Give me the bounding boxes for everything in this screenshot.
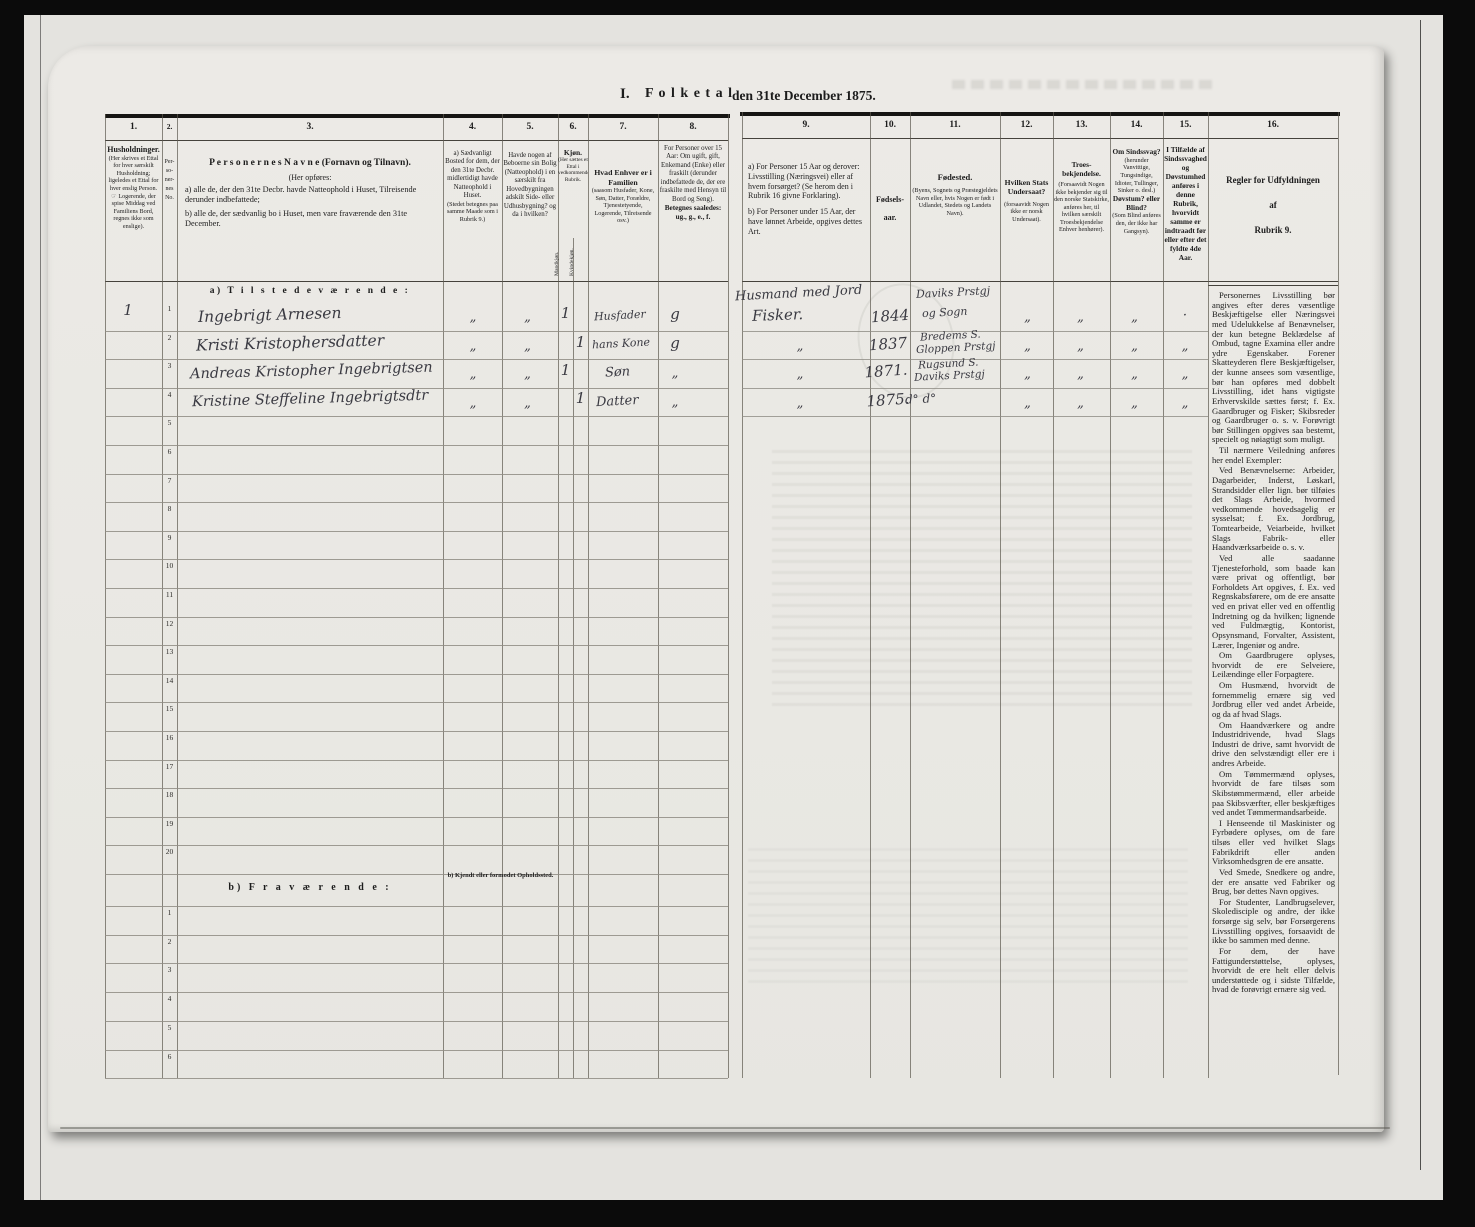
column-number-9: 9. (742, 117, 870, 138)
row-line (105, 1021, 728, 1022)
record-usual-residence: „ (453, 310, 493, 325)
bleed-smudge (952, 80, 1212, 89)
col4-header-text: a) Sædvanligt Bosted for dem, der den 31… (444, 150, 501, 201)
col10-header-line1: Fødsels- (870, 195, 910, 205)
record-onset: „ (1165, 367, 1205, 382)
record-birth-year: 1837 (865, 333, 910, 354)
rules-paragraph: Personernes Livsstilling bør angives eft… (1212, 291, 1335, 445)
col2-header-label: Per- so- ner- nes No. (163, 158, 177, 278)
row-line (105, 617, 728, 618)
record-usual-residence: „ (453, 396, 493, 411)
grid-line (177, 114, 178, 1078)
row-line (105, 559, 728, 560)
rules-paragraph: Ved Smede, Snedkere og andre, der ere an… (1212, 868, 1335, 897)
col15-header-text: I Tilfælde af Sindssvaghed og Døvstumhed… (1164, 145, 1207, 262)
grid-line (728, 114, 729, 1078)
column-number-1: 1. (105, 119, 162, 140)
col14-header-t1: Om Sindssvag? (1111, 148, 1162, 157)
col6-header-note: (Her sættes et Ettal i vedkommende Rubri… (558, 157, 588, 183)
record-marital: „ (660, 395, 690, 410)
col1-header-note2: ☞ Logerende, der spise Middag ved Famili… (107, 193, 160, 231)
column-number-3: 3. (177, 119, 443, 140)
row-number: 11 (162, 590, 177, 599)
record-outbuilding: „ (505, 339, 550, 354)
record-occupation: „ (775, 339, 825, 354)
grid-line (105, 140, 728, 141)
record-citizenship: „ (1005, 396, 1050, 411)
col14-header-n1: (herunder Vanvittige, Tungsindige, Idiot… (1111, 157, 1162, 195)
grid-line (742, 138, 1338, 139)
col9-header-a: a) For Personer 15 Aar og derover: Livss… (748, 162, 866, 201)
bleed-smudge (748, 848, 1188, 988)
section-absent-note: b) Kjendt eller formodet Opholdssted. (443, 872, 558, 880)
col13-header-title: Troes-bekjendelse. (1054, 160, 1109, 178)
col3-header-title: P e r s o n e r n e s N a v n e (Fornavn… (185, 158, 435, 170)
row-line (105, 674, 728, 675)
row-number: 5 (162, 1023, 177, 1032)
grid-line (1053, 112, 1054, 1078)
rules-paragraph: Ved alle saadanne Tjenesteforhold, som b… (1212, 554, 1335, 650)
record-creed: „ (1058, 367, 1103, 382)
row-number: 16 (162, 733, 177, 742)
grid-line (1208, 112, 1209, 1078)
rules-paragraph: Om Tømmermænd oplyses, hvorvidt de fare … (1212, 770, 1335, 818)
row-line (105, 702, 728, 703)
record-family-position: Husfader (594, 308, 646, 324)
row-number: 13 (162, 647, 177, 656)
column-number-5: 5. (502, 119, 558, 140)
record-outbuilding: „ (505, 367, 550, 382)
col16-header-title3: Rubrik 9. (1208, 225, 1338, 236)
col6-header-title: Kjøn. (558, 148, 588, 157)
column-number-4: 4. (443, 119, 502, 140)
col6-sub-kvindekjon: Kvindekjøn. (569, 261, 575, 276)
record-usual-residence: „ (453, 339, 493, 354)
col1-header-title: Husholdninger. (107, 145, 160, 155)
row-line (105, 331, 728, 332)
row-line (105, 845, 728, 846)
bleed-smudge (772, 450, 1192, 710)
grid-line (1110, 112, 1111, 1078)
record-female: 1 (573, 333, 588, 351)
column-number-10: 10. (870, 117, 910, 138)
row-number: 14 (162, 676, 177, 685)
row-line (105, 1078, 728, 1079)
record-birth-year: 1844 (867, 305, 912, 326)
row-line (105, 963, 728, 964)
record-onset: „ (1165, 396, 1205, 411)
row-number: 1 (162, 908, 177, 917)
row-line (105, 416, 728, 417)
rules-paragraph: I Henseende til Maskinister og Fyrbødere… (1212, 819, 1335, 867)
record-occupation: „ (775, 367, 825, 382)
col3-header-b: b) alle de, der sædvanlig bo i Huset, me… (185, 209, 435, 229)
row-number: 15 (162, 704, 177, 713)
row-number: 2 (162, 937, 177, 946)
col1-header-note: (Her skrives et Ettal for hver særskilt … (107, 155, 160, 193)
table-top-rule-left (105, 114, 730, 118)
row-number: 9 (162, 533, 177, 542)
record-creed: „ (1058, 339, 1103, 354)
column-number-8: 8. (658, 119, 728, 140)
section-present-label: a) T i l s t e d e v æ r e n d e : (177, 286, 443, 296)
scanned-census-page: I. F o l k e t a l den 31te December 187… (0, 0, 1475, 1227)
rules-paragraph: Til nærmere Veiledning anføres her endel… (1212, 446, 1335, 465)
row-number: 10 (162, 561, 177, 570)
record-birthplace-2: og Sogn (922, 305, 968, 320)
row-number: 12 (162, 619, 177, 628)
grid-line (573, 238, 574, 1078)
col7-header-note: (saasom Husfader, Kone, Søn, Datter, For… (589, 187, 657, 225)
grid-line (658, 114, 659, 1078)
record-birthplace: d° d° (905, 391, 937, 407)
column-number-2: 2. (162, 119, 177, 140)
rules-text-column: Personernes Livsstilling bør angives eft… (1212, 291, 1335, 1079)
record-female: 1 (573, 389, 588, 407)
record-onset: · (1165, 308, 1205, 323)
row-line (742, 388, 1208, 389)
col8-header-text: For Personer over 15 Aar: Om ugift, gift… (659, 145, 727, 204)
col10-header-line2: aar. (870, 213, 910, 223)
page-bottom-edge (60, 1127, 1390, 1129)
row-line (105, 645, 728, 646)
grid-line (1000, 112, 1001, 1078)
record-marital: g (660, 305, 690, 323)
row-line (105, 817, 728, 818)
row-line (742, 416, 1208, 417)
row-line (105, 588, 728, 589)
row-number: 6 (162, 1052, 177, 1061)
col14-header-n2: (Som Blind anføres den, der ikke har Gan… (1111, 212, 1162, 235)
row-number: 4 (162, 994, 177, 1003)
col16-header-title1: Regler for Udfyldningen (1208, 175, 1338, 186)
col16-header-title2: af (1208, 200, 1338, 211)
col6-sub-mandkjon: Mandkjøn. (554, 261, 560, 276)
grid-line (742, 281, 1338, 282)
row-number: 20 (162, 847, 177, 856)
record-marital: g (660, 334, 690, 352)
column-number-11: 11. (910, 117, 1000, 138)
grid-line (1208, 285, 1338, 286)
record-infirmity: „ (1112, 339, 1157, 354)
grid-line (105, 281, 728, 282)
col5-header-text: Havde nogen af Beboerne sin Bolig (Natte… (503, 152, 557, 280)
row-number: 3 (162, 965, 177, 974)
column-number-16: 16. (1208, 117, 1338, 138)
record-creed: „ (1058, 396, 1103, 411)
row-line (105, 992, 728, 993)
rules-paragraph: For dem, der have Fattigunderstøttelse, … (1212, 947, 1335, 995)
row-line (105, 731, 728, 732)
record-citizenship: „ (1005, 339, 1050, 354)
record-occupation: „ (775, 396, 825, 411)
rules-paragraph: Om Gaardbrugere oplyses, hvorvidt de ere… (1212, 651, 1335, 680)
record-onset: „ (1165, 339, 1205, 354)
row-line (105, 531, 728, 532)
record-infirmity: „ (1112, 396, 1157, 411)
table-top-rule-right (740, 112, 1340, 116)
record-citizenship: „ (1005, 367, 1050, 382)
record-birth-year: 1871. (861, 360, 910, 381)
row-number: 4 (162, 390, 177, 399)
record-marital: „ (660, 366, 690, 381)
record-occupation-2: Fisker. (752, 305, 804, 325)
col14-header-t2: Døvstum? eller Blind? (1111, 195, 1162, 213)
record-male: 1 (558, 304, 573, 322)
rules-paragraph: Om Husmænd, hvorvidt de fornemmelig ernæ… (1212, 681, 1335, 720)
row-line (105, 760, 728, 761)
record-family-position: Søn (605, 364, 631, 380)
col3-header-sub: (Her opføres: (185, 173, 435, 183)
row-line (105, 474, 728, 475)
row-line (105, 935, 728, 936)
column-number-15: 15. (1163, 117, 1208, 138)
record-male: 1 (558, 361, 573, 379)
col3-header-a: a) alle de, der den 31te Decbr. havde Na… (185, 185, 435, 205)
col13-header-note: (Forsaavidt Nogen ikke bekjender sig til… (1054, 181, 1109, 234)
row-number: 3 (162, 361, 177, 370)
row-number: 8 (162, 504, 177, 513)
section-absent-label: b) F r a v æ r e n d e : (177, 882, 443, 893)
col12-header-note: (forsaavidt Nogen ikke er norsk Undersaa… (1001, 201, 1052, 224)
row-number: 6 (162, 447, 177, 456)
rules-paragraph: For Studenter, Landbrugselever, Skoledis… (1212, 898, 1335, 946)
page-crease-line (40, 15, 41, 1200)
col8-header-note: Betegnes saaledes: ug., g., e., f. (659, 204, 727, 222)
grid-line (742, 112, 743, 1078)
row-number: 17 (162, 762, 177, 771)
column-number-13: 13. (1053, 117, 1110, 138)
col4-header-note: (Stedet betegnes paa samme Maade som i R… (444, 201, 501, 224)
rules-paragraph: Om Haandværkere og andre Industridrivend… (1212, 721, 1335, 769)
row-line (105, 788, 728, 789)
col11-header-title: Fødested. (912, 172, 998, 182)
record-citizenship: „ (1005, 310, 1050, 325)
row-number: 1 (162, 304, 177, 313)
row-number: 19 (162, 819, 177, 828)
column-number-14: 14. (1110, 117, 1163, 138)
row-line (105, 906, 728, 907)
household-number: 1 (108, 301, 148, 319)
grid-line (1338, 112, 1339, 1075)
grid-line (910, 112, 911, 1078)
row-number: 5 (162, 418, 177, 427)
col7-header-title: Hvad Enhver er i Familien (589, 168, 657, 187)
row-number: 7 (162, 476, 177, 485)
col9-header-b: b) For Personer under 15 Aar, der have l… (748, 207, 866, 236)
row-line (105, 1050, 728, 1051)
row-number: 2 (162, 333, 177, 342)
record-infirmity: „ (1112, 367, 1157, 382)
record-creed: „ (1058, 310, 1103, 325)
record-family-position: Datter (596, 393, 639, 410)
record-outbuilding: „ (505, 310, 550, 325)
record-usual-residence: „ (453, 367, 493, 382)
page-edge-line (1420, 20, 1421, 1170)
row-line (105, 874, 728, 875)
rules-paragraph: Ved Benævnelserne: Arbeider, Dagarbeider… (1212, 466, 1335, 553)
grid-line (870, 112, 871, 1078)
record-infirmity: „ (1112, 310, 1157, 325)
page-title-date: den 31te December 1875. (732, 88, 932, 104)
record-outbuilding: „ (505, 396, 550, 411)
row-line (105, 502, 728, 503)
col11-header-note: (Byens, Sognets og Præstegjeldets Navn e… (912, 187, 998, 217)
grid-line (105, 114, 106, 1078)
row-number: 18 (162, 790, 177, 799)
column-number-12: 12. (1000, 117, 1053, 138)
grid-line (588, 114, 589, 1078)
col12-header-title: Hvilken Stats Undersaat? (1001, 178, 1052, 197)
row-line (105, 445, 728, 446)
column-number-7: 7. (588, 119, 658, 140)
column-number-6: 6. (558, 119, 588, 140)
